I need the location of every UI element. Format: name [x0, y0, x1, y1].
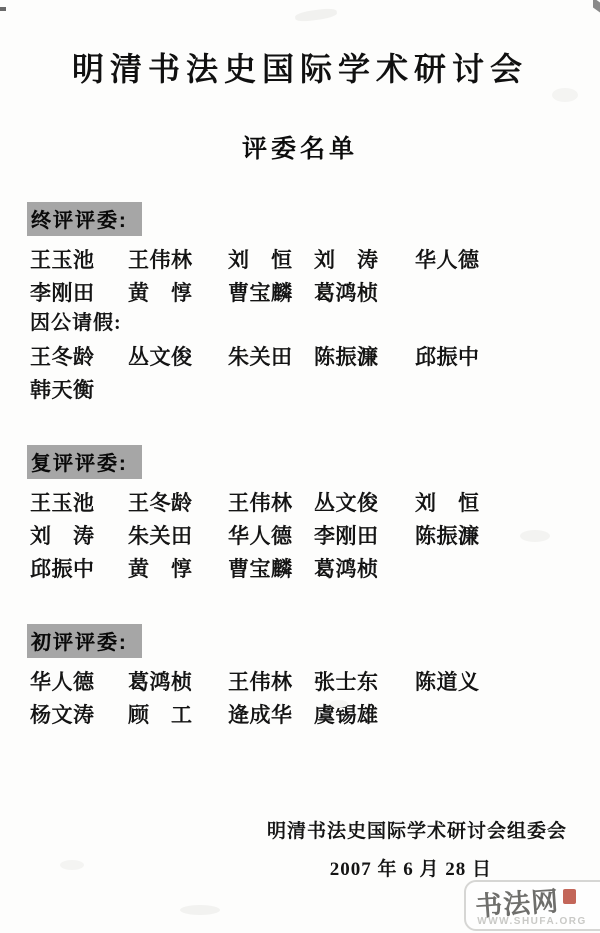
- jury-member-name: 陈振濂: [415, 520, 600, 550]
- section-final-jury: 终评评委: 王玉池 王伟林 刘 恒 刘 涛 华人德 李刚田 黄 惇 曹宝麟 葛鸿…: [0, 202, 600, 405]
- jury-name-row: 王玉池 王冬龄 王伟林 丛文俊 刘 恒: [0, 485, 600, 518]
- on-leave-note: 因公请假:: [0, 308, 600, 339]
- jury-member-name: 葛鸿桢: [128, 666, 228, 696]
- jury-member-name: 曹宝麟: [228, 553, 314, 583]
- jury-name-row: 王冬龄 丛文俊 朱关田 陈振濂 邱振中: [0, 339, 600, 372]
- jury-member-name: 王玉池: [30, 487, 128, 517]
- jury-member-name: 陈道义: [415, 666, 600, 696]
- jury-name-row: 刘 涛 朱关田 华人德 李刚田 陈振濂: [0, 518, 600, 551]
- jury-member-name: 李刚田: [30, 277, 128, 307]
- jury-member-name: 华人德: [228, 520, 314, 550]
- jury-member-name: 王冬龄: [128, 487, 228, 517]
- jury-member-name: 王伟林: [128, 244, 228, 274]
- jury-member-name: 华人德: [30, 666, 128, 696]
- jury-member-name: 黄 惇: [128, 277, 228, 307]
- scan-smudge: [180, 905, 220, 915]
- jury-member-name: 刘 恒: [228, 244, 314, 274]
- jury-member-name: 张士东: [314, 666, 415, 696]
- scanned-document-page: 明清书法史国际学术研讨会 评委名单 终评评委: 王玉池 王伟林 刘 恒 刘 涛 …: [0, 0, 600, 933]
- shufa-watermark: 书法网 WWW.SHUFA.ORG: [464, 880, 600, 931]
- jury-member-name: 陈振濂: [314, 341, 415, 371]
- jury-member-name: 王伟林: [228, 487, 314, 517]
- shufa-watermark-url: WWW.SHUFA.ORG: [466, 916, 598, 927]
- jury-member-name: 邱振中: [30, 553, 128, 583]
- jury-member-name: 顾 工: [128, 699, 228, 729]
- section-header-first-round-jury: 初评评委:: [27, 624, 142, 658]
- jury-member-name: 刘 涛: [30, 520, 128, 550]
- jury-member-name: 曹宝麟: [228, 277, 314, 307]
- jury-member-name: 葛鸿桢: [314, 553, 415, 583]
- jury-member-name: 朱关田: [128, 520, 228, 550]
- jury-member-name: 刘 恒: [415, 487, 600, 517]
- jury-name-row: 华人德 葛鸿桢 王伟林 张士东 陈道义: [0, 664, 600, 697]
- section-second-round-jury: 复评评委: 王玉池 王冬龄 王伟林 丛文俊 刘 恒 刘 涛 朱关田 华人德 李刚…: [0, 445, 600, 584]
- jury-name-row: 李刚田 黄 惇 曹宝麟 葛鸿桢: [0, 275, 600, 308]
- section-header-second-round-jury: 复评评委:: [27, 445, 142, 479]
- jury-member-name: 葛鸿桢: [314, 277, 415, 307]
- jury-member-name: 华人德: [415, 244, 600, 274]
- section-header-final-jury: 终评评委:: [27, 202, 142, 236]
- jury-name-row: 王玉池 王伟林 刘 恒 刘 涛 华人德: [0, 242, 600, 275]
- jury-member-name: 刘 涛: [314, 244, 415, 274]
- document-title: 明清书法史国际学术研讨会: [0, 0, 600, 90]
- jury-name-row: 杨文涛 顾 工 逄成华 虞锡雄: [0, 697, 600, 730]
- jury-member-name: 丛文俊: [128, 341, 228, 371]
- scan-smudge: [552, 88, 578, 102]
- jury-member-name: 丛文俊: [314, 487, 415, 517]
- jury-member-name: 王冬龄: [30, 341, 128, 371]
- document-date: 2007 年 6 月 28 日: [0, 854, 600, 881]
- scan-edge-mark: [0, 7, 6, 11]
- jury-member-name: 朱关田: [228, 341, 314, 371]
- document-subtitle: 评委名单: [0, 129, 600, 165]
- jury-member-name: 虞锡雄: [314, 699, 415, 729]
- jury-member-name: 逄成华: [228, 699, 314, 729]
- section-first-round-jury: 初评评委: 华人德 葛鸿桢 王伟林 张士东 陈道义 杨文涛 顾 工 逄成华 虞锡…: [0, 624, 600, 730]
- jury-member-name: 王玉池: [30, 244, 128, 274]
- organizing-committee-signature: 明清书法史国际学术研讨会组委会: [0, 816, 600, 843]
- jury-member-name: 韩天衡: [30, 374, 128, 404]
- jury-member-name: 杨文涛: [30, 699, 128, 729]
- jury-name-row: 韩天衡: [0, 372, 600, 405]
- jury-member-name: 黄 惇: [128, 553, 228, 583]
- jury-name-row: 邱振中 黄 惇 曹宝麟 葛鸿桢: [0, 551, 600, 584]
- jury-member-name: 邱振中: [415, 341, 600, 371]
- seal-icon: [563, 889, 576, 904]
- jury-member-name: 王伟林: [228, 666, 314, 696]
- jury-member-name: 李刚田: [314, 520, 415, 550]
